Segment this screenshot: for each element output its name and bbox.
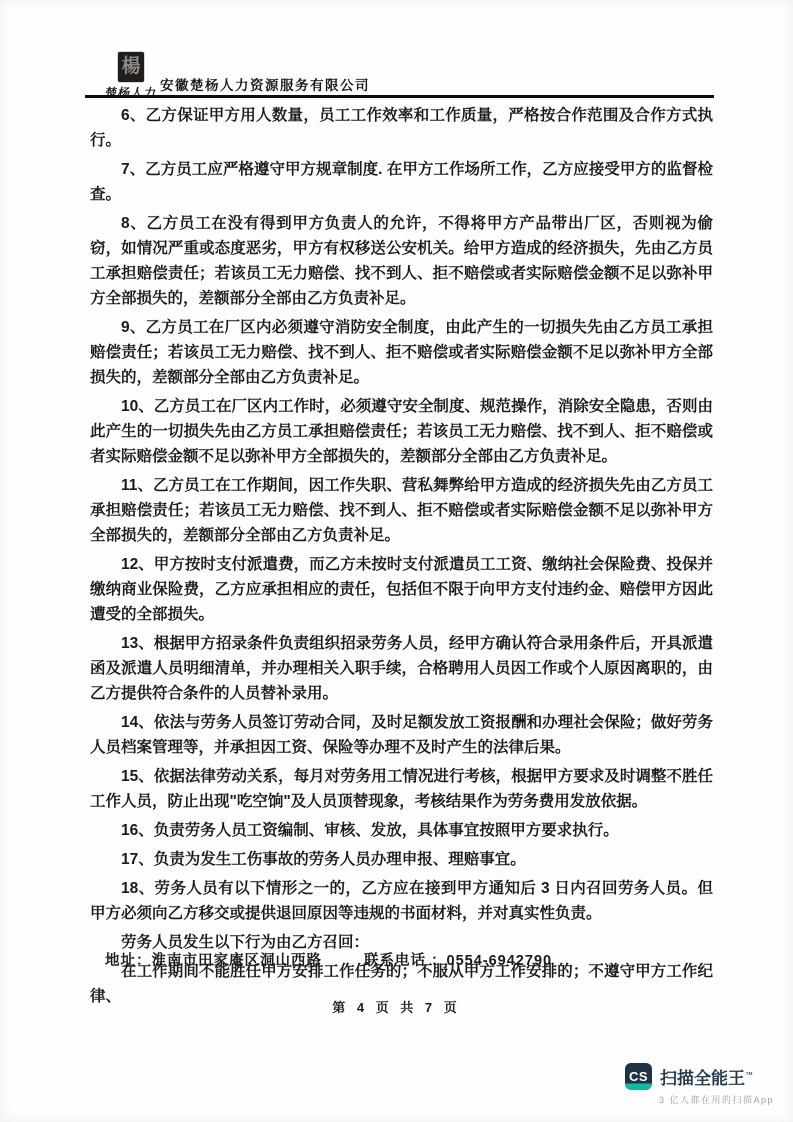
camscanner-brand-row: CS 扫描全能王™ [625, 1063, 783, 1090]
clause-6: 6、乙方保证甲方用人数量，员工工作效率和工作质量，严格按合作范围及合作方式执行。 [90, 103, 713, 153]
clause-11: 11、乙方员工在工作期间，因工作失职、营私舞弊给甲方造成的经济损失先由乙方员工承… [90, 473, 713, 548]
camscanner-watermark: CS 扫描全能王™ 3 亿人都在用的扫描App [625, 1063, 783, 1106]
clause-7: 7、乙方员工应严格遵守甲方规章制度. 在甲方工作场所工作，乙方应接受甲方的监督检… [90, 157, 713, 207]
camscanner-brand-text: 扫描全能王 [660, 1069, 745, 1088]
clause-18: 18、劳务人员有以下情形之一的，乙方应在接到甲方通知后 3 日内召回劳务人员。但… [90, 876, 713, 926]
phone-label: 联系电话 ： [364, 953, 447, 969]
trademark-symbol: ™ [745, 1070, 753, 1079]
scanned-contract-page: 楊 楚杨人力 安徽楚杨人力资源服务有限公司 6、乙方保证甲方用人数量，员工工作效… [0, 0, 793, 1122]
page-number: 第 4 页 共 7 页 [0, 997, 793, 1016]
company-logo: 楊 楚杨人力 [98, 52, 164, 101]
clause-10: 10、乙方员工在厂区内工作时，必须遵守安全制度、规范操作，消除安全隐患，否则由此… [90, 394, 713, 469]
camscanner-tagline: 3 亿人都在用的扫描App [625, 1093, 783, 1106]
clause-16: 16、负责劳务人员工资编制、审核、发放，具体事宜按照甲方要求执行。 [90, 818, 713, 843]
clause-13: 13、根据甲方招录条件负责组织招录劳务人员，经甲方确认符合录用条件后，开具派遣函… [90, 631, 713, 706]
clause-12: 12、甲方按时支付派遣费，而乙方未按时支付派遣员工工资、缴纳社会保险费、投保并缴… [90, 552, 713, 627]
camscanner-brand-name: 扫描全能王™ [660, 1064, 753, 1089]
header-divider [85, 95, 714, 98]
clause-14: 14、依法与劳务人员签订劳动合同，及时足额发放工资报酬和办理社会保险；做好劳务人… [90, 710, 713, 760]
address-label: 地址： [105, 953, 152, 969]
company-name: 安徽楚杨人力资源服务有限公司 [160, 74, 370, 94]
contract-body: 6、乙方保证甲方用人数量，员工工作效率和工作质量，严格按合作范围及合作方式执行。… [90, 103, 713, 1013]
company-seal-icon: 楊 [118, 52, 144, 82]
footer-address-line: 地址：淮南市田家庵区洞山西路联系电话 ：0554-6942790 [105, 949, 552, 970]
logo-calligraphy-text: 楚杨人力 [97, 84, 166, 101]
clause-9: 9、乙方员工在厂区内必须遵守消防安全制度，由此产生的一切损失先由乙方员工承担赔偿… [90, 315, 713, 390]
clause-8: 8、乙方员工在没有得到甲方负责人的允许，不得将甲方产品带出厂区，否则视为偷窃，如… [90, 211, 713, 311]
address-value: 淮南市田家庵区洞山西路 [152, 953, 323, 969]
clause-17: 17、负责为发生工伤事故的劳务人员办理申报、理赔事宜。 [90, 847, 713, 872]
clause-15: 15、依据法律劳动关系，每月对劳务用工情况进行考核，根据甲方要求及时调整不胜任工… [90, 764, 713, 814]
camscanner-logo-icon: CS [625, 1063, 652, 1090]
phone-value: 0554-6942790 [447, 953, 553, 969]
